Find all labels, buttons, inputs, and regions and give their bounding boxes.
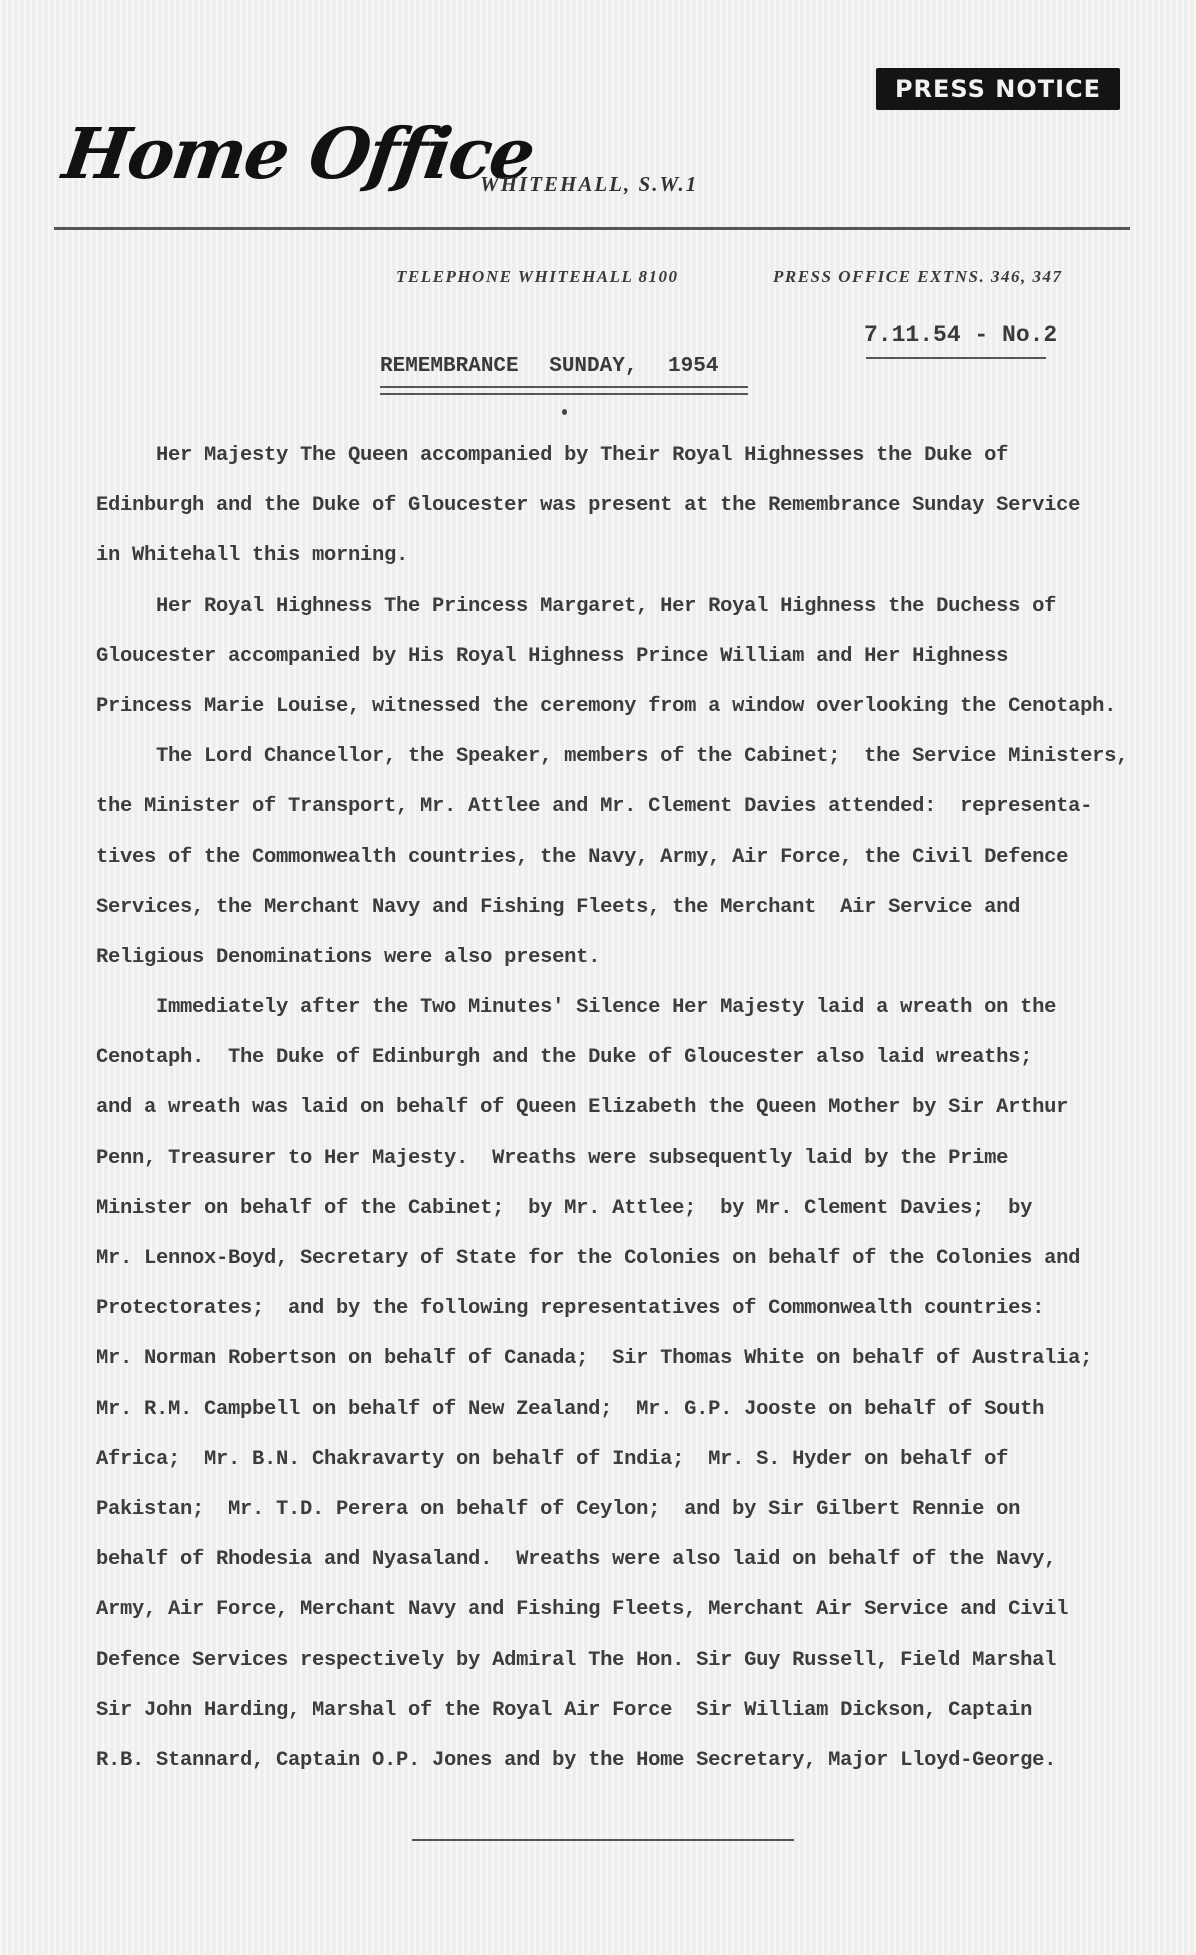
paragraph-4: Immediately after the Two Minutes' Silen… (96, 996, 1196, 1799)
home-office-logo: Home Office (58, 112, 538, 195)
body-line: in Whitehall this morning. (96, 544, 1196, 594)
reference-underline (866, 357, 1046, 359)
body-line: Princess Marie Louise, witnessed the cer… (96, 695, 1196, 745)
body-line: Mr. R.M. Campbell on behalf of New Zeala… (96, 1398, 1196, 1448)
body-line: Army, Air Force, Merchant Navy and Fishi… (96, 1598, 1196, 1648)
title-underline-2 (380, 393, 748, 395)
body-line: R.B. Stannard, Captain O.P. Jones and by… (96, 1749, 1196, 1799)
body-line: Immediately after the Two Minutes' Silen… (96, 996, 1196, 1046)
ink-dot (562, 409, 567, 415)
press-office-extensions: PRESS OFFICE EXTNS. 346, 347 (773, 267, 1063, 287)
body-line: Services, the Merchant Navy and Fishing … (96, 896, 1196, 946)
body-line: the Minister of Transport, Mr. Attlee an… (96, 795, 1196, 845)
body-line: Mr. Lennox-Boyd, Secretary of State for … (96, 1247, 1196, 1297)
reference-number: 7.11.54 - No.2 (864, 322, 1057, 348)
body-line: Penn, Treasurer to Her Majesty. Wreaths … (96, 1147, 1196, 1197)
body-line: Defence Services respectively by Admiral… (96, 1649, 1196, 1699)
body-line: behalf of Rhodesia and Nyasaland. Wreath… (96, 1548, 1196, 1598)
body-line: Gloucester accompanied by His Royal High… (96, 645, 1196, 695)
body-line: Mr. Norman Robertson on behalf of Canada… (96, 1347, 1196, 1397)
body-line: Africa; Mr. B.N. Chakravarty on behalf o… (96, 1448, 1196, 1498)
body-line: The Lord Chancellor, the Speaker, member… (96, 745, 1196, 795)
body-line: Her Royal Highness The Princess Margaret… (96, 595, 1196, 645)
header-rule (54, 227, 1130, 230)
body-line: tives of the Commonwealth countries, the… (96, 846, 1196, 896)
title-underline-1 (380, 386, 748, 388)
body-line: Religious Denominations were also presen… (96, 946, 1196, 996)
body-line: Protectorates; and by the following repr… (96, 1297, 1196, 1347)
body-line: Sir John Harding, Marshal of the Royal A… (96, 1699, 1196, 1749)
document-title: REMEMBRANCE SUNDAY, 1954 (380, 355, 718, 378)
body-line: and a wreath was laid on behalf of Queen… (96, 1096, 1196, 1146)
body-text: Her Majesty The Queen accompanied by The… (96, 444, 1196, 1799)
body-line: Minister on behalf of the Cabinet; by Mr… (96, 1197, 1196, 1247)
telephone-line: TELEPHONE WHITEHALL 8100 (396, 267, 679, 287)
body-line: Pakistan; Mr. T.D. Perera on behalf of C… (96, 1498, 1196, 1548)
body-line: Edinburgh and the Duke of Gloucester was… (96, 494, 1196, 544)
paragraph-1: Her Majesty The Queen accompanied by The… (96, 444, 1196, 595)
paragraph-2: Her Royal Highness The Princess Margaret… (96, 595, 1196, 746)
body-line: Her Majesty The Queen accompanied by The… (96, 444, 1196, 494)
letterhead-address: WHITEHALL, S.W.1 (480, 172, 698, 197)
end-rule (412, 1839, 794, 1841)
press-notice-badge: PRESS NOTICE (876, 68, 1120, 110)
paragraph-3: The Lord Chancellor, the Speaker, member… (96, 745, 1196, 996)
body-line: Cenotaph. The Duke of Edinburgh and the … (96, 1046, 1196, 1096)
